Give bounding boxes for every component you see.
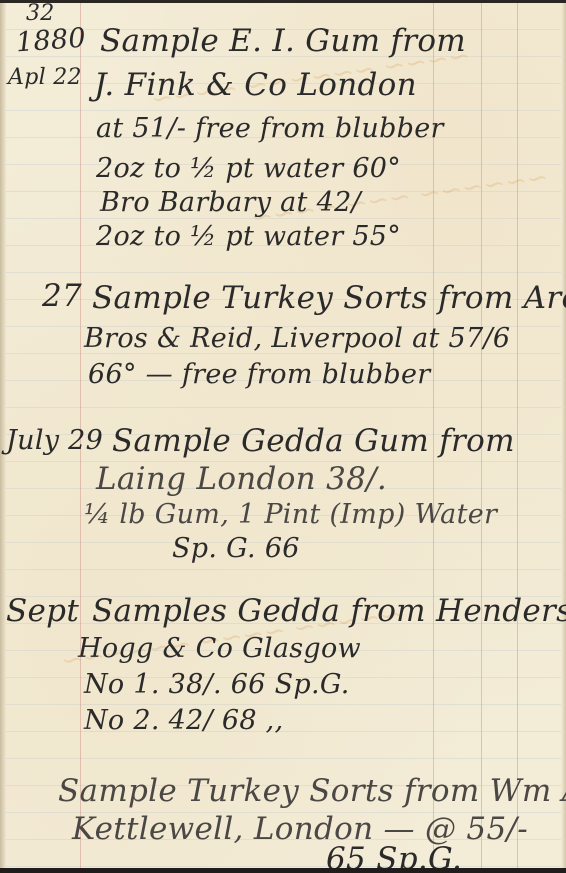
- entry-line: ¼ lb Gum, 1 Pint (Imp) Water: [84, 499, 497, 530]
- entry-line: Sample E. I. Gum from: [100, 23, 466, 59]
- page-number: 32: [26, 3, 55, 26]
- page-outer-edge: [561, 3, 566, 869]
- entry-line: 66° — free from blubber: [88, 359, 430, 390]
- entry-line: Bro Barbary at 42/: [100, 187, 361, 218]
- year-label: 1880: [15, 23, 87, 59]
- entry-line: Sample Turkey Sorts from Archer: [92, 280, 566, 316]
- entry-date: Apl 22: [8, 65, 82, 90]
- entry-line: 65 Sp.G.: [326, 841, 462, 869]
- entry-line: at 51/- free from blubber: [96, 113, 444, 144]
- ledger-page: ~~~~ ~~~~~~ ~~~~ ~~~~~~ ~~~ ~~~~ ~~~~~ ~…: [0, 3, 566, 869]
- entry-line: Sample Turkey Sorts from Wm A: [58, 773, 566, 809]
- money-column-rule-3: [517, 3, 518, 869]
- entry-line: No 1. 38/. 66 Sp.G.: [84, 669, 350, 700]
- entry-date: 27: [42, 278, 82, 314]
- entry-line: Sp. G. 66: [172, 533, 300, 564]
- entry-line: Sample Gedda Gum from: [112, 423, 515, 459]
- entry-line: Samples Gedda from Henderson: [92, 593, 566, 629]
- entry-line: Hogg & Co Glasgow: [78, 633, 361, 664]
- entry-date: Sept: [6, 593, 79, 629]
- entry-date: July 29: [6, 425, 103, 456]
- entry-line: J. Fink & Co London: [94, 67, 417, 103]
- entry-line: 2oz to ½ pt water 60°: [96, 153, 401, 184]
- page-bottom-edge: [0, 868, 566, 873]
- entry-line: 2oz to ½ pt water 55°: [96, 221, 401, 252]
- entry-line: Bros & Reid, Liverpool at 57/6: [84, 323, 510, 354]
- entry-line: No 2. 42/ 68 ,,: [84, 705, 283, 736]
- entry-line: Laing London 38/.: [96, 461, 387, 497]
